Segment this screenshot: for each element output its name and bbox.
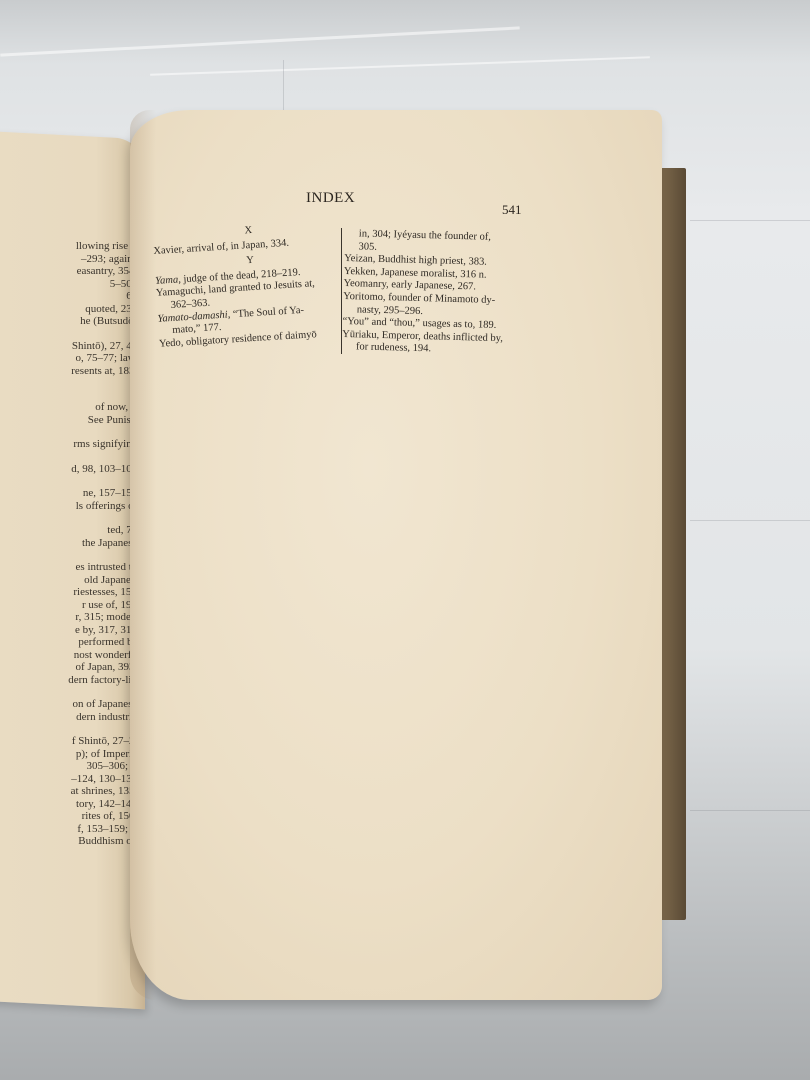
left-page-line: old Japanese — [0, 574, 140, 587]
index-term: Yama — [155, 274, 179, 286]
left-page-line: o, 75–77; laws — [0, 352, 140, 365]
left-page-line: performed by, — [0, 636, 140, 649]
left-page-line: of now, as — [0, 401, 140, 414]
left-page-line: See Punish- — [0, 414, 140, 427]
left-page-line: dern factory-life — [0, 674, 140, 687]
left-page-line: –124, 130–133, — [0, 773, 140, 786]
left-page-line: 5–509. — [0, 278, 140, 291]
left-page-line: –293; against — [0, 253, 140, 266]
wall-texture-seam — [690, 520, 810, 521]
left-page-line: the Japanese, — [0, 537, 140, 550]
left-page-line: riestesses, 159; — [0, 586, 140, 599]
line-gap — [0, 389, 140, 401]
wall-texture-seam — [690, 810, 810, 811]
left-page-line: easantry, 354– — [0, 265, 140, 278]
line-gap — [0, 549, 140, 561]
left-page-line: nost wonderful — [0, 649, 140, 662]
left-page-line: he (Butsudō), — [0, 315, 140, 328]
left-page-line: d, 98, 103–106, — [0, 463, 140, 476]
left-page-line: f, 153–159; of — [0, 823, 140, 836]
left-page-line: es intrusted to, — [0, 561, 140, 574]
left-page-line: f Shintō, 27–28 — [0, 735, 140, 748]
line-gap — [0, 723, 140, 735]
line-gap — [0, 512, 140, 524]
page-number: 541 — [502, 202, 522, 218]
wall-texture-line — [0, 26, 519, 56]
left-page-line: dern industrial — [0, 711, 140, 724]
left-page-line: ted, 74. — [0, 524, 140, 537]
wall-texture-line — [150, 56, 650, 75]
line-gap — [0, 377, 140, 389]
left-page-text: llowing rise of–293; againsteasantry, 35… — [0, 240, 140, 848]
left-page-line: llowing rise of — [0, 240, 140, 253]
left-page-line: p); of Imperial — [0, 748, 140, 761]
line-gap — [0, 426, 140, 438]
left-page-line: on of Japanese, — [0, 698, 140, 711]
left-page-line: ne, 157–158. — [0, 487, 140, 500]
left-page-line: r, 315; modern — [0, 611, 140, 624]
wall-texture-seam — [690, 220, 810, 221]
index-column-left: XXavier, arrival of, in Japan, 334.YYama… — [152, 216, 351, 351]
left-page-line: at shrines, 135– — [0, 785, 140, 798]
index-column-right: in, 304; Iyéyasu the founder of,305.Yeiz… — [342, 228, 545, 359]
running-head: INDEX — [306, 190, 355, 207]
line-gap — [0, 451, 140, 463]
left-page-line: rites of, 150– — [0, 810, 140, 823]
left-page-line: Buddhism on, — [0, 835, 140, 848]
right-page: INDEX 541 XXavier, arrival of, in Japan,… — [130, 110, 662, 1000]
line-gap — [0, 686, 140, 698]
left-page-line: of Japan, 393– — [0, 661, 140, 674]
left-page-line: rms signifying, — [0, 438, 140, 451]
line-gap — [0, 328, 140, 340]
left-page-line: 68. — [0, 290, 140, 303]
left-page-line: e by, 317, 318; — [0, 624, 140, 637]
line-gap — [0, 475, 140, 487]
left-page-line: r use of, 190; — [0, 599, 140, 612]
left-page-line: resents at, 183– — [0, 365, 140, 378]
left-page-line: Shintō), 27, 49. — [0, 340, 140, 353]
left-page-line: ls offerings of, — [0, 500, 140, 513]
left-page-line: 305–306; of — [0, 760, 140, 773]
left-page-line: tory, 142–143; — [0, 798, 140, 811]
left-page-line: quoted, 231. — [0, 303, 140, 316]
